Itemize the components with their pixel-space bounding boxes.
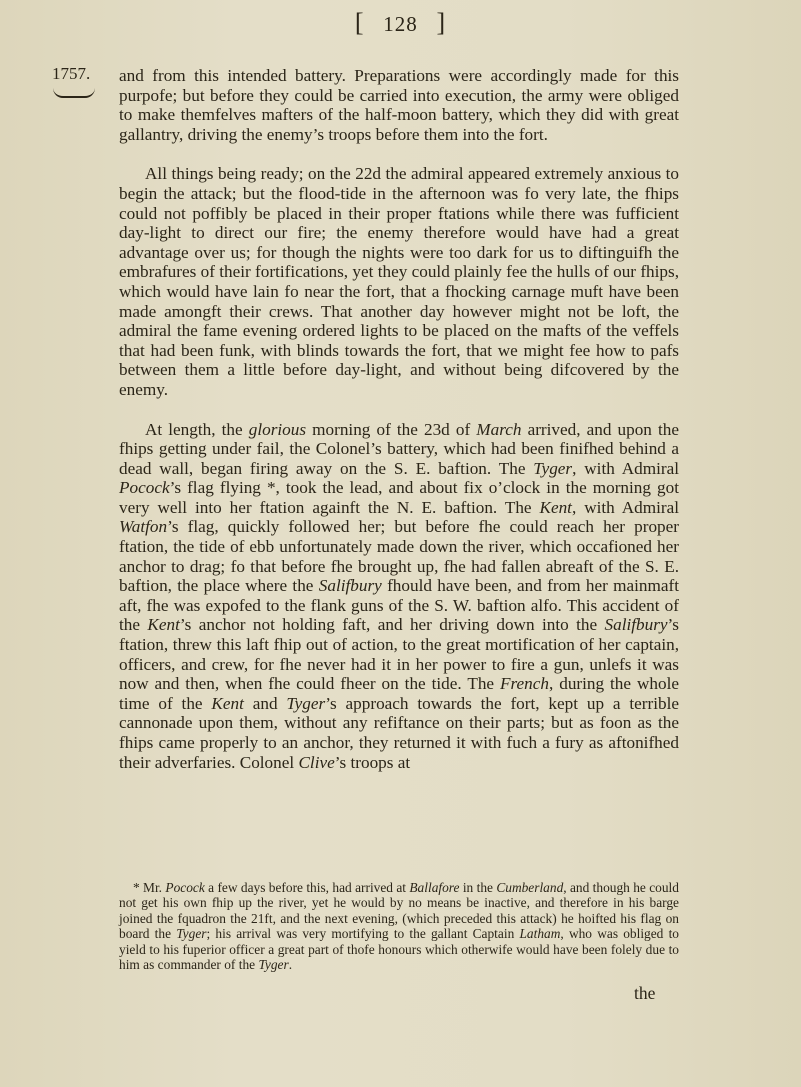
margin-year: 1757. [52, 64, 90, 84]
italic-text: Tyger [258, 957, 288, 972]
paragraph: All things being ready; on the 22d the a… [119, 164, 679, 399]
paragraph: At length, the glorious morning of the 2… [119, 420, 679, 773]
page-number-value: 128 [383, 12, 418, 36]
italic-text: Kent [211, 694, 243, 713]
text-run: morning of the 23d of [306, 420, 476, 439]
italic-text: Tyger [176, 926, 206, 941]
italic-text: Kent [147, 615, 179, 634]
text-run: . [289, 957, 292, 972]
page-number: [ 128 ] [0, 8, 801, 38]
text-run: , with Admiral [572, 498, 679, 517]
italic-text: glorious [249, 420, 306, 439]
text-run: a few days before this, had arrived at [205, 880, 410, 895]
text-run: ’s troops at [335, 753, 410, 772]
margin-brace-icon [53, 88, 95, 98]
italic-text: Pocock [165, 880, 204, 895]
italic-text: Salifbury [319, 576, 382, 595]
bracket-open: [ [355, 8, 365, 37]
catchword: the [634, 983, 655, 1004]
text-run: ; his arrival was very mortifying to the… [206, 926, 519, 941]
italic-text: March [476, 420, 521, 439]
italic-text: Tyger [533, 459, 572, 478]
text-run: All things being ready; on the 22d the a… [119, 164, 679, 399]
text-run: and [244, 694, 287, 713]
text-run: * Mr. [133, 880, 165, 895]
bracket-close: ] [437, 8, 447, 37]
italic-text: Pocock [119, 478, 170, 497]
italic-text: Tyger [286, 694, 325, 713]
italic-text: Kent [540, 498, 572, 517]
text-run: in the [459, 880, 496, 895]
italic-text: Watfon [119, 517, 167, 536]
italic-text: Ballafore [409, 880, 459, 895]
text-run: and from this intended battery. Preparat… [119, 66, 679, 144]
italic-text: Latham [519, 926, 560, 941]
italic-text: Cumberland [496, 880, 563, 895]
paragraph: and from this intended battery. Preparat… [119, 66, 679, 144]
body-text: and from this intended battery. Preparat… [119, 66, 679, 772]
italic-text: Salifbury [605, 615, 668, 634]
text-run: , with Admiral [572, 459, 679, 478]
text-run: ’s anchor not holding faft, and her driv… [180, 615, 605, 634]
footnote: * Mr. Pocock a few days before this, had… [119, 880, 679, 972]
text-run: At length, the [145, 420, 249, 439]
italic-text: French [500, 674, 549, 693]
italic-text: Clive [298, 753, 334, 772]
